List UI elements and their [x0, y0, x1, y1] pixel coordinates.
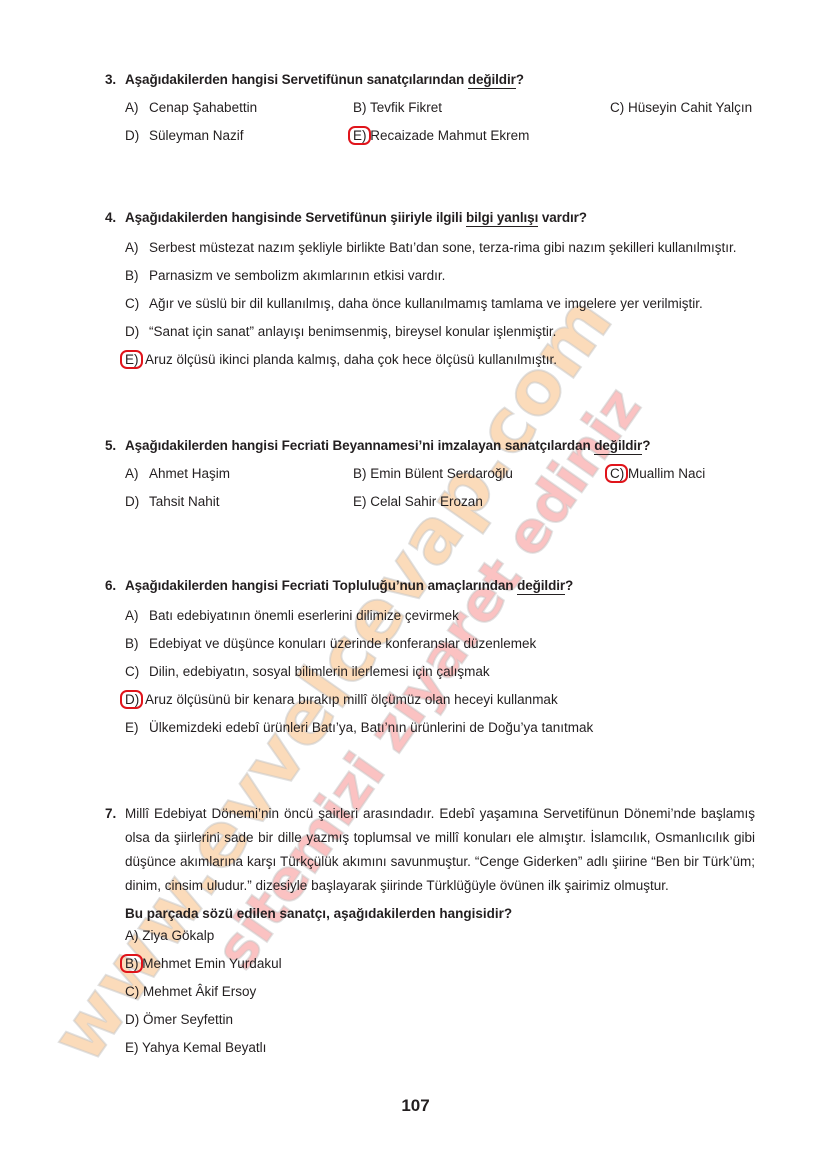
- option-text: Süleyman Nazif: [149, 128, 244, 143]
- option-c[interactable]: C) Mehmet Âkif Ersoy: [125, 982, 256, 1002]
- option-d[interactable]: D) Ömer Seyfettin: [125, 1010, 233, 1030]
- prompt-text: Aşağıdakilerden hangisi Fecriati Toplulu…: [125, 578, 517, 593]
- option-b[interactable]: B)Edebiyat ve düşünce konuları üzerinde …: [125, 634, 536, 654]
- option-c[interactable]: C) Hüseyin Cahit Yalçın: [610, 98, 752, 118]
- prompt-text-end: ?: [642, 438, 650, 453]
- option-text: Ahmet Haşim: [149, 466, 230, 481]
- question-number: 7.: [105, 802, 125, 826]
- page-number: 107: [0, 1096, 831, 1116]
- option-c-marked-answer[interactable]: C) Muallim Naci: [610, 464, 705, 484]
- prompt-text: Aşağıdakilerden hangisi Fecriati Beyanna…: [125, 438, 594, 453]
- option-d[interactable]: D)Tahsit Nahit: [125, 492, 220, 512]
- option-text: Recaizade Mahmut Ekrem: [370, 128, 529, 143]
- option-e-marked-answer[interactable]: E) Recaizade Mahmut Ekrem: [353, 126, 529, 146]
- option-letter: A): [125, 238, 149, 258]
- option-a[interactable]: A)Cenap Şahabettin: [125, 98, 257, 118]
- answer-circle-mark: E): [125, 350, 145, 370]
- option-d[interactable]: D)“Sanat için sanat” anlayışı benimsenmi…: [125, 322, 556, 342]
- option-text: Hüseyin Cahit Yalçın: [628, 100, 752, 115]
- option-c[interactable]: C)Dilin, edebiyatın, sosyal bilimlerin i…: [125, 662, 490, 682]
- option-text: Tevfik Fikret: [370, 100, 442, 115]
- option-a[interactable]: A)Ahmet Haşim: [125, 464, 230, 484]
- option-e[interactable]: E) Celal Sahir Erozan: [353, 492, 483, 512]
- question-4: 4.Aşağıdakilerden hangisinde Servetifünu…: [105, 208, 755, 228]
- option-text: Aruz ölçüsünü bir kenara bırakıp millî ö…: [145, 692, 558, 707]
- option-text: Parnasizm ve sembolizm akımlarının etkis…: [149, 268, 445, 283]
- option-d[interactable]: D)Süleyman Nazif: [125, 126, 244, 146]
- option-text: Yahya Kemal Beyatlı: [142, 1040, 266, 1055]
- option-text: Ağır ve süslü bir dil kullanılmış, daha …: [149, 296, 703, 311]
- option-a[interactable]: A)Batı edebiyatının önemli eserlerini di…: [125, 606, 459, 626]
- question-6-prompt: 6.Aşağıdakilerden hangisi Fecriati Toplu…: [105, 576, 755, 596]
- option-letter: B): [125, 266, 149, 286]
- option-letter: B): [353, 98, 367, 118]
- question-number: 3.: [105, 70, 125, 90]
- option-b[interactable]: B) Emin Bülent Serdaroğlu: [353, 464, 513, 484]
- textbook-page: www.evvelcevap.com sitemizi ziyaret edin…: [0, 0, 831, 1164]
- option-text: Ziya Gökalp: [142, 928, 214, 943]
- option-b[interactable]: B)Parnasizm ve sembolizm akımlarının etk…: [125, 266, 445, 286]
- option-letter: D): [125, 322, 149, 342]
- option-text: Mehmet Emin Yurdakul: [142, 956, 281, 971]
- question-3-prompt: 3.Aşağıdakilerden hangisi Servetifünun s…: [105, 70, 755, 90]
- option-text: “Sanat için sanat” anlayışı benimsenmiş,…: [149, 324, 556, 339]
- option-c[interactable]: C)Ağır ve süslü bir dil kullanılmış, dah…: [125, 294, 703, 314]
- option-e[interactable]: E) Yahya Kemal Beyatlı: [125, 1038, 266, 1058]
- option-text: Dilin, edebiyatın, sosyal bilimlerin ile…: [149, 664, 490, 679]
- question-4-prompt: 4.Aşağıdakilerden hangisinde Servetifünu…: [105, 208, 755, 228]
- option-letter: C): [125, 662, 149, 682]
- answer-circle-mark: E): [353, 126, 367, 146]
- prompt-text-end: vardır?: [538, 210, 587, 225]
- option-text: Mehmet Âkif Ersoy: [143, 984, 256, 999]
- answer-circle-mark: B): [125, 954, 139, 974]
- prompt-text-end: ?: [565, 578, 573, 593]
- option-a[interactable]: A) Ziya Gökalp: [125, 926, 214, 946]
- option-letter: B): [353, 464, 367, 484]
- underlined-keyword: değildir: [594, 438, 642, 455]
- question-number: 6.: [105, 576, 125, 596]
- option-letter: E): [125, 718, 149, 738]
- option-letter: C): [125, 294, 149, 314]
- option-b-marked-answer[interactable]: B) Mehmet Emin Yurdakul: [125, 954, 282, 974]
- option-text: Serbest müstezat nazım şekliyle birlikte…: [149, 240, 736, 255]
- option-e[interactable]: E)Ülkemizdeki edebî ürünleri Batı’ya, Ba…: [125, 718, 593, 738]
- option-letter: A): [125, 606, 149, 626]
- question-5: 5.Aşağıdakilerden hangisi Fecriati Beyan…: [105, 436, 755, 456]
- option-text: Batı edebiyatının önemli eserlerini dili…: [149, 608, 459, 623]
- prompt-text-end: ?: [516, 72, 524, 87]
- question-7-passage: 7.Millî Edebiyat Dönemi’nin öncü şairler…: [105, 802, 755, 898]
- passage-text: Millî Edebiyat Dönemi’nin öncü şairleri …: [125, 806, 755, 893]
- option-letter: C): [125, 982, 139, 1002]
- option-letter: A): [125, 464, 149, 484]
- underlined-keyword: değildir: [468, 72, 516, 89]
- question-5-prompt: 5.Aşağıdakilerden hangisi Fecriati Beyan…: [105, 436, 755, 456]
- option-text: Emin Bülent Serdaroğlu: [370, 466, 513, 481]
- option-letter: D): [125, 492, 149, 512]
- option-letter: B): [125, 634, 149, 654]
- underlined-keyword: bilgi yanlışı: [466, 210, 538, 227]
- option-letter: D): [125, 126, 149, 146]
- option-letter: D): [125, 1010, 139, 1030]
- prompt-text: Aşağıdakilerden hangisinde Servetifünun …: [125, 210, 466, 225]
- option-letter: E): [125, 1038, 139, 1058]
- option-letter: E): [353, 492, 367, 512]
- option-letter: A): [125, 926, 139, 946]
- question-3: 3.Aşağıdakilerden hangisi Servetifünun s…: [105, 70, 755, 90]
- option-text: Aruz ölçüsü ikinci planda kalmış, daha ç…: [145, 352, 557, 367]
- question-6: 6.Aşağıdakilerden hangisi Fecriati Toplu…: [105, 576, 755, 596]
- question-7: 7.Millî Edebiyat Dönemi’nin öncü şairler…: [105, 802, 755, 924]
- option-b[interactable]: B) Tevfik Fikret: [353, 98, 442, 118]
- option-text: Ülkemizdeki edebî ürünleri Batı’ya, Batı…: [149, 720, 593, 735]
- option-text: Ömer Seyfettin: [143, 1012, 233, 1027]
- underlined-keyword: değildir: [517, 578, 565, 595]
- question-7-stem: Bu parçada sözü edilen sanatçı, aşağıdak…: [105, 904, 755, 924]
- question-number: 5.: [105, 436, 125, 456]
- answer-circle-mark: C): [610, 464, 624, 484]
- option-text: Muallim Naci: [628, 466, 705, 481]
- option-e-marked-answer[interactable]: E)Aruz ölçüsü ikinci planda kalmış, daha…: [125, 350, 557, 370]
- option-a[interactable]: A)Serbest müstezat nazım şekliyle birlik…: [125, 238, 736, 258]
- answer-circle-mark: D): [125, 690, 145, 710]
- question-number: 4.: [105, 208, 125, 228]
- option-text: Cenap Şahabettin: [149, 100, 257, 115]
- option-letter: A): [125, 98, 149, 118]
- option-d-marked-answer[interactable]: D)Aruz ölçüsünü bir kenara bırakıp millî…: [125, 690, 558, 710]
- option-text: Edebiyat ve düşünce konuları üzerinde ko…: [149, 636, 536, 651]
- option-text: Tahsit Nahit: [149, 494, 220, 509]
- option-letter: C): [610, 98, 624, 118]
- prompt-text: Aşağıdakilerden hangisi Servetifünun san…: [125, 72, 468, 87]
- option-text: Celal Sahir Erozan: [370, 494, 483, 509]
